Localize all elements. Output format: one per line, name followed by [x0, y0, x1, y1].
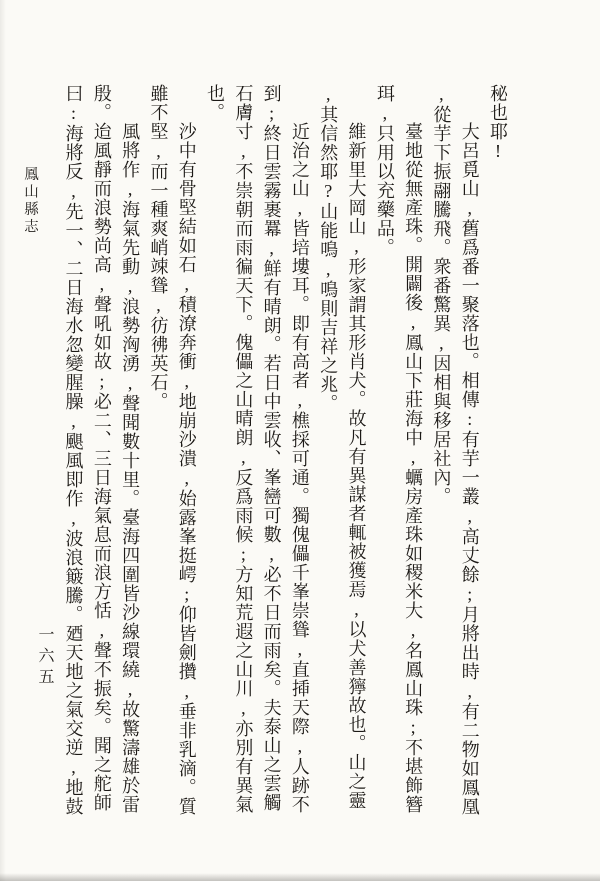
text-column-2: 大呂覓山,舊爲番一聚落也。相傳:有芋一叢,高丈餘;月將出時,有二物如鳳凰 [455, 84, 483, 810]
page-number: 一六五 [33, 626, 56, 689]
text-column-1: 秘也耶! [484, 84, 512, 810]
text-column-9: 到;終日雲霧裹羃,鮮有晴朗。若日中雲收、峯巒可數,必不日而雨矣。夫泰山之雲觸 [257, 84, 285, 810]
text-column-5: 珥,只用以充藥品。 [371, 84, 399, 810]
text-column-6: 維新里大岡山,形家謂其形肖犬。故凡有異謀者輒被獲焉,以犬善獰故也。山之靈 [342, 84, 370, 810]
text-column-11: 也。 [201, 84, 229, 810]
text-column-12: 沙中有骨堅結如石,積潦奔衝,地崩沙潰,始露峯挺崿;仰皆劍攢,垂非乳滴。質 [172, 84, 200, 810]
text-column-14: 風將作,海氣先動,浪勢洶湧,聲聞數十里。臺海四圍皆沙線環繞,故驚濤雄於雷 [116, 84, 144, 810]
text-column-13: 雖不堅,而一種爽峭竦聳,彷彿英石。 [144, 84, 172, 810]
book-title-margin: 鳳山縣志 [20, 166, 41, 236]
text-column-7: ,其信然耶?山能鳴,鳴則吉祥之兆。 [314, 84, 342, 810]
text-column-10: 石膚寸,不崇朝而雨徧天下。傀儡之山晴朗,反爲雨候;方知荒遐之山川,亦別有異氣 [229, 84, 257, 810]
text-column-4: 臺地從無產珠。開闢後,鳳山下莊海中,蠣房產珠如稷米大,名鳳山珠;不堪飾簪 [399, 84, 427, 810]
main-text: 秘也耶!大呂覓山,舊爲番一聚落也。相傳:有芋一叢,高丈餘;月將出時,有二物如鳳凰… [59, 84, 512, 810]
book-page: 秘也耶!大呂覓山,舊爲番一聚落也。相傳:有芋一叢,高丈餘;月將出時,有二物如鳳凰… [0, 0, 600, 881]
text-column-15: 殷。迨風靜而浪勢尚高,聲吼如故;必二、三日海氣息而浪方恬,聲不振矣。聞之舵師 [88, 84, 116, 810]
text-column-3: ,從芋下振翮騰飛。衆番驚異,因相與移居社內。 [427, 84, 455, 810]
text-column-8: 近治之山,皆培塿耳。即有高者,樵採可通。獨傀儡千峯崇聳,直揷天際,人跡不 [286, 84, 314, 810]
text-column-16: 曰:海將反,先一、二日海水忽變腥臊,颶風即作,波浪簸騰。廼天地之氣交逆,地鼓 [59, 84, 87, 810]
